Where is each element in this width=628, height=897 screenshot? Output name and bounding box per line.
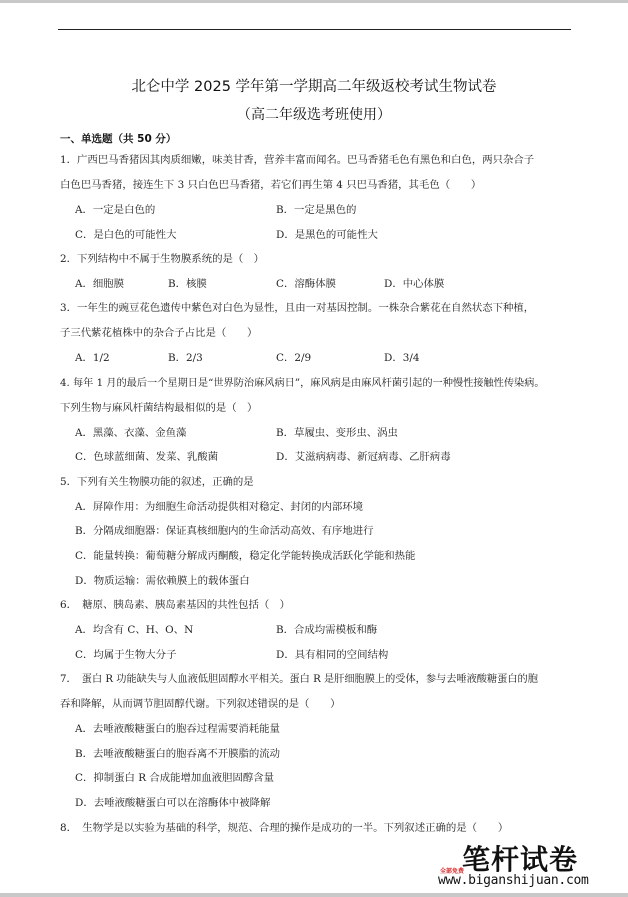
q2-option-c: C．溶酶体膜 <box>276 275 336 290</box>
q4-option-d: D．艾滋病病毒、新冠病毒、乙肝病毒 <box>276 448 451 463</box>
q5-option-b: B．分隔成细胞器：保证真核细胞内的生命活动高效、有序地进行 <box>75 522 374 537</box>
q4-option-b: B．草履虫、变形虫、涡虫 <box>276 424 398 439</box>
q6-option-a: A．均含有 C、H、O、N <box>75 621 193 636</box>
watermark-brand: 笔杆试卷 <box>462 838 578 878</box>
question-3-line-1: 3．一年生的豌豆花色遗传中紫色对白色为显性，且由一对基因控制。一株杂合紫花在自然… <box>60 299 534 314</box>
section-heading: 一、单选题（共 50 分） <box>60 131 176 146</box>
q2-option-b: B．核膜 <box>168 275 207 290</box>
q4-option-a: A．黑藻、衣藻、金鱼藻 <box>75 424 186 439</box>
question-1-line-2: 白色巴马香猪，接连生下 3 只白色巴马香猪，若它们再生第 4 只巴马香猪，其毛色… <box>60 176 481 191</box>
question-3-line-2: 子三代紫花植株中的杂合子占比是（ ） <box>60 324 257 339</box>
q6-option-d: D．具有相同的空间结构 <box>276 646 388 661</box>
q1-option-b: B．一定是黑色的 <box>276 201 356 216</box>
question-7-line-2: 吞和降解，从而调节胆固醇代谢。下列叙述错误的是（ ） <box>60 695 341 710</box>
q3-option-c: C．2/9 <box>276 349 311 364</box>
header-rule <box>58 29 571 30</box>
watermark-url: www.biganshijuan.com <box>438 873 589 888</box>
q3-option-b: B．2/3 <box>168 349 203 364</box>
q6-option-c: C．均属于生物大分子 <box>75 646 176 661</box>
exam-title: 北仑中学 2025 学年第一学期高二年级返校考试生物试卷 <box>0 75 628 96</box>
q7-option-a: A．去唾液酸糖蛋白的胞吞过程需要消耗能量 <box>75 720 280 735</box>
q2-option-d: D．中心体膜 <box>384 275 444 290</box>
q5-option-a: A．屏障作用：为细胞生命活动提供相对稳定、封闭的内部环境 <box>75 498 363 513</box>
q1-option-d: D．是黑色的可能性大 <box>276 226 378 241</box>
question-4-line-1: 4. 每年 1 月的最后一个星期日是“世界防治麻风病日”，麻风病是由麻风杆菌引起… <box>60 374 545 389</box>
q1-option-a: A．一定是白色的 <box>75 201 155 216</box>
q1-option-c: C．是白色的可能性大 <box>75 226 176 241</box>
q5-option-c: C．能量转换：葡萄糖分解成丙酮酸，稳定化学能转换成活跃化学能和热能 <box>75 547 415 562</box>
viewer-bottom-border <box>0 893 628 897</box>
question-7-line-1: 7． 蛋白 R 功能缺失与人血液低胆固醇水平相关。蛋白 R 是肝细胞膜上的受体，… <box>60 670 538 685</box>
question-5-line-1: 5．下列有关生物膜功能的叙述，正确的是 <box>60 473 254 488</box>
q3-option-d: D．3/4 <box>384 349 419 364</box>
q7-option-b: B．去唾液酸糖蛋白的胞吞离不开膜脂的流动 <box>75 745 280 760</box>
q5-option-d: D．物质运输：需依赖膜上的载体蛋白 <box>75 572 250 587</box>
q3-option-a: A．1/2 <box>75 349 110 364</box>
q6-option-b: B．合成均需模板和酶 <box>276 621 377 636</box>
question-8-line-1: 8． 生物学是以实验为基础的科学，规范、合理的操作是成功的一半。下列叙述正确的是… <box>60 819 508 834</box>
q7-option-c: C．抑制蛋白 R 合成能增加血液胆固醇含量 <box>75 769 274 784</box>
viewer-top-border <box>0 0 628 3</box>
question-6-line-1: 6． 糖原、胰岛素、胰岛素基因的共性包括（ ） <box>60 596 290 611</box>
exam-subtitle: （高二年级选考班使用） <box>0 104 628 124</box>
question-1-line-1: 1．广西巴马香猪因其肉质细嫩，味美甘香，营养丰富而闻名。巴马香猪毛色有黑色和白色… <box>60 151 534 166</box>
q7-option-d: D．去唾液酸糖蛋白可以在溶酶体中被降解 <box>75 794 270 809</box>
q4-option-c: C．色球蓝细菌、发菜、乳酸菌 <box>75 448 218 463</box>
q2-option-a: A．细胞膜 <box>75 275 124 290</box>
question-2-line-1: 2．下列结构中不属于生物膜系统的是（ ） <box>60 250 264 265</box>
question-4-line-2: 下列生物与麻风杆菌结构最相似的是（ ） <box>60 399 257 414</box>
